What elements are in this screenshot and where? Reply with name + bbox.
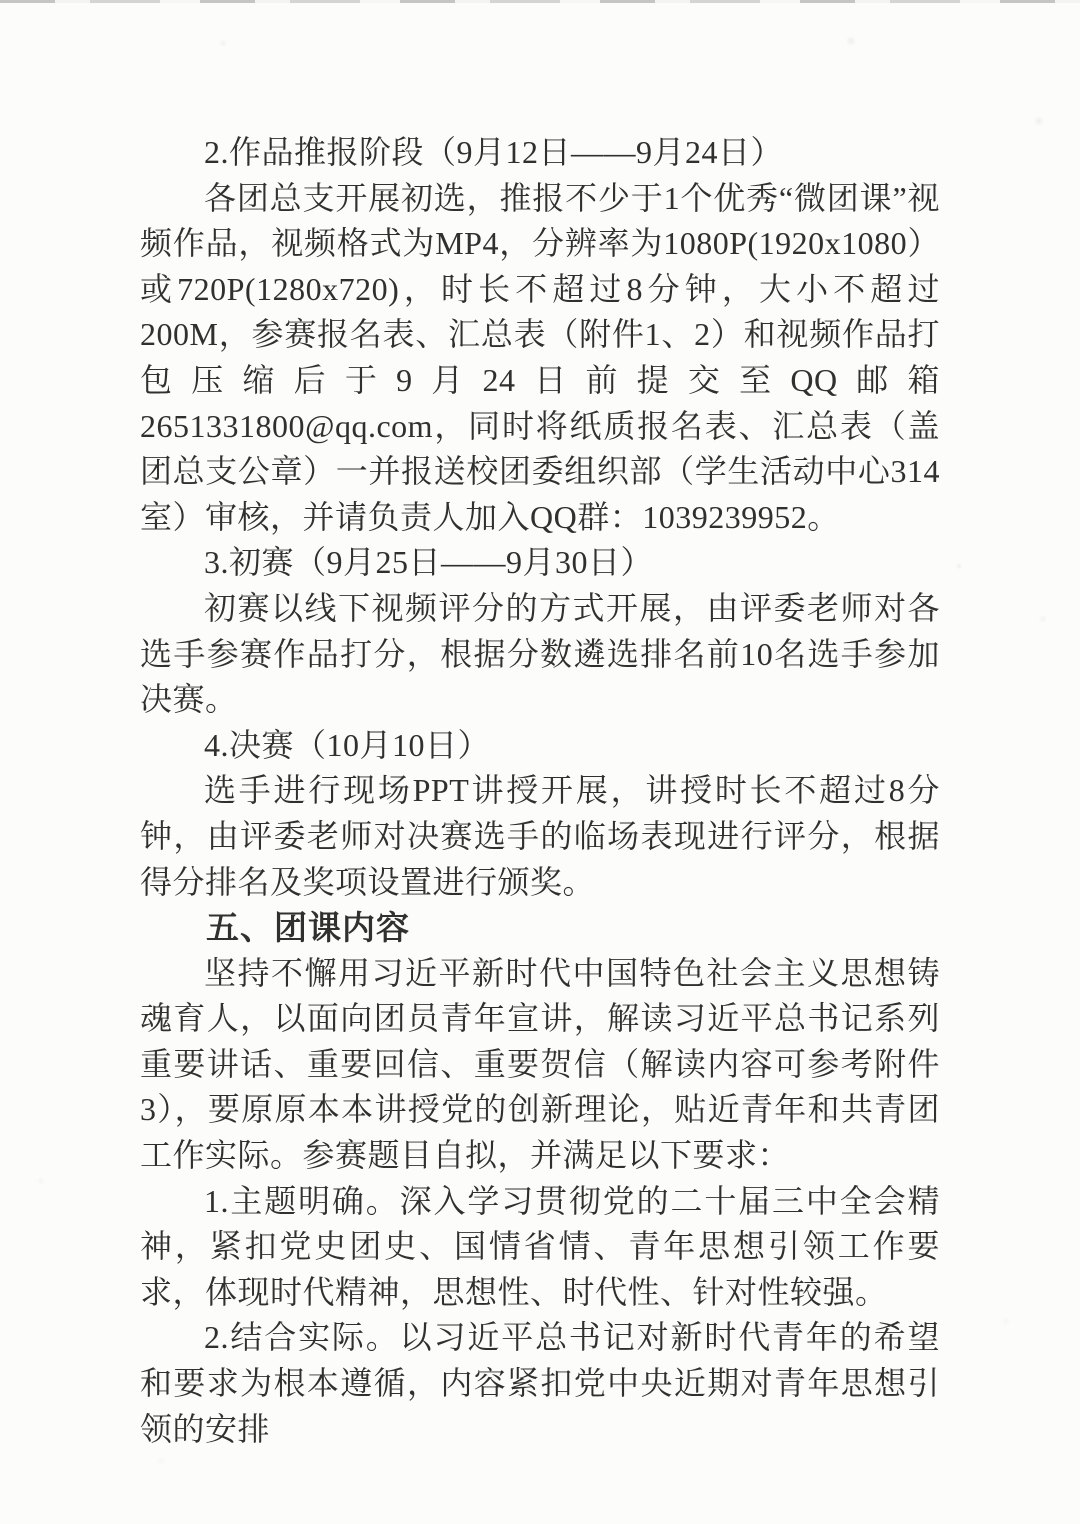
stage2-title-line: 2.作品推报阶段（9月12日——9月24日） [140, 130, 940, 176]
requirement1-paragraph: 1.主题明确。深入学习贯彻党的二十届三中全会精神，紧扣党史团史、国情省情、青年思… [140, 1179, 940, 1316]
requirement2-paragraph: 2.结合实际。以习近平总书记对新时代青年的希望和要求为根本遵循，内容紧扣党中央近… [140, 1315, 940, 1452]
scan-noise-speckles [0, 0, 2, 2]
scanned-document-page: 2.作品推报阶段（9月12日——9月24日） 各团总支开展初选，推报不少于1个优… [0, 0, 1080, 1524]
document-body: 2.作品推报阶段（9月12日——9月24日） 各团总支开展初选，推报不少于1个优… [140, 130, 940, 1452]
stage3-title-line: 3.初赛（9月25日——9月30日） [140, 540, 940, 586]
stage4-body-paragraph: 选手进行现场PPT讲授开展，讲授时长不超过8分钟，由评委老师对决赛选手的临场表现… [140, 768, 940, 905]
section5-heading: 五、团课内容 [140, 905, 940, 951]
stage3-body-paragraph: 初赛以线下视频评分的方式开展，由评委老师对各选手参赛作品打分，根据分数遴选排名前… [140, 586, 940, 723]
section5-intro-paragraph: 坚持不懈用习近平新时代中国特色社会主义思想铸魂育人，以面向团员青年宣讲，解读习近… [140, 951, 940, 1179]
scan-edge-artifact [0, 0, 1080, 3]
stage2-body-paragraph: 各团总支开展初选，推报不少于1个优秀“微团课”视频作品，视频格式为MP4，分辨率… [140, 176, 940, 541]
stage4-title-line: 4.决赛（10月10日） [140, 723, 940, 769]
